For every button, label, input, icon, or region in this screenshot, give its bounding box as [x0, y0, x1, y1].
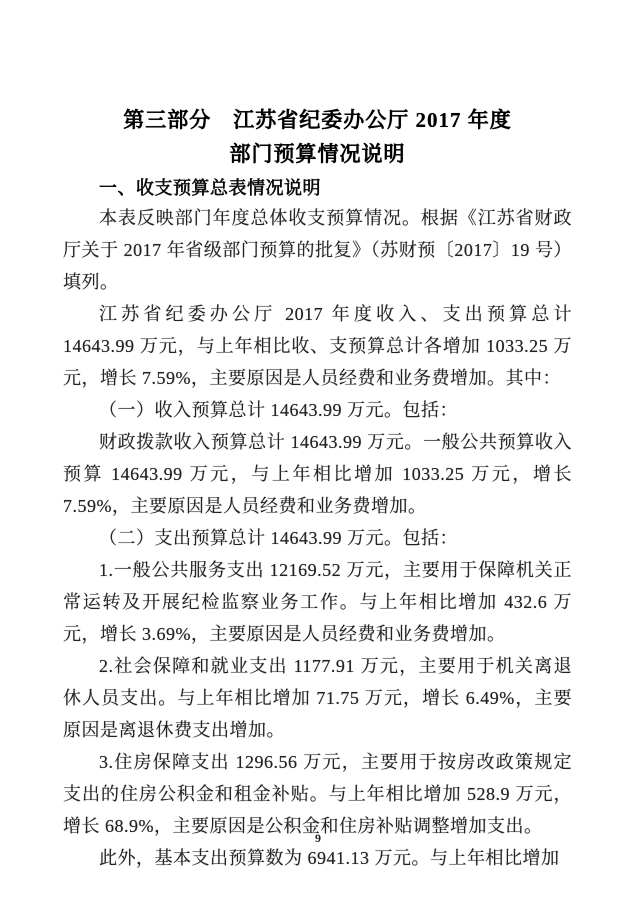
body-paragraph-basic-expense: 此外，基本支出预算数为 6941.13 万元。与上年相比增加 [63, 842, 572, 874]
document-title: 第三部分 江苏省纪委办公厅 2017 年度 部门预算情况说明 [63, 103, 572, 171]
document-body: 本表反映部门年度总体收支预算情况。根据《江苏省财政厅关于 2017 年省级部门预… [63, 202, 572, 874]
section-heading: 一、收支预算总表情况说明 [63, 175, 572, 201]
body-paragraph-intro: 本表反映部门年度总体收支预算情况。根据《江苏省财政厅关于 2017 年省级部门预… [63, 202, 572, 298]
document-title-line1: 第三部分 江苏省纪委办公厅 2017 年度 [123, 108, 512, 132]
body-paragraph-budget-total: 江苏省纪委办公厅 2017 年度收入、支出预算总计 14643.99 万元，与上… [63, 298, 572, 394]
document-title-line2: 部门预算情况说明 [230, 142, 406, 166]
document-page: 第三部分 江苏省纪委办公厅 2017 年度 部门预算情况说明 一、收支预算总表情… [0, 0, 636, 900]
body-paragraph-income-heading: （一）收入预算总计 14643.99 万元。包括： [63, 394, 572, 426]
body-paragraph-expense-heading: （二）支出预算总计 14643.99 万元。包括： [63, 522, 572, 554]
body-paragraph-expense-social-security: 2.社会保障和就业支出 1177.91 万元，主要用于机关离退休人员支出。与上年… [63, 650, 572, 746]
body-paragraph-expense-housing: 3.住房保障支出 1296.56 万元，主要用于按房改政策规定支出的住房公积金和… [63, 746, 572, 842]
body-paragraph-expense-public-service: 1.一般公共服务支出 12169.52 万元，主要用于保障机关正常运转及开展纪检… [63, 554, 572, 650]
body-paragraph-income-detail: 财政拨款收入预算总计 14643.99 万元。一般公共预算收入预算 14643.… [63, 426, 572, 522]
page-number: 9 [0, 831, 636, 846]
